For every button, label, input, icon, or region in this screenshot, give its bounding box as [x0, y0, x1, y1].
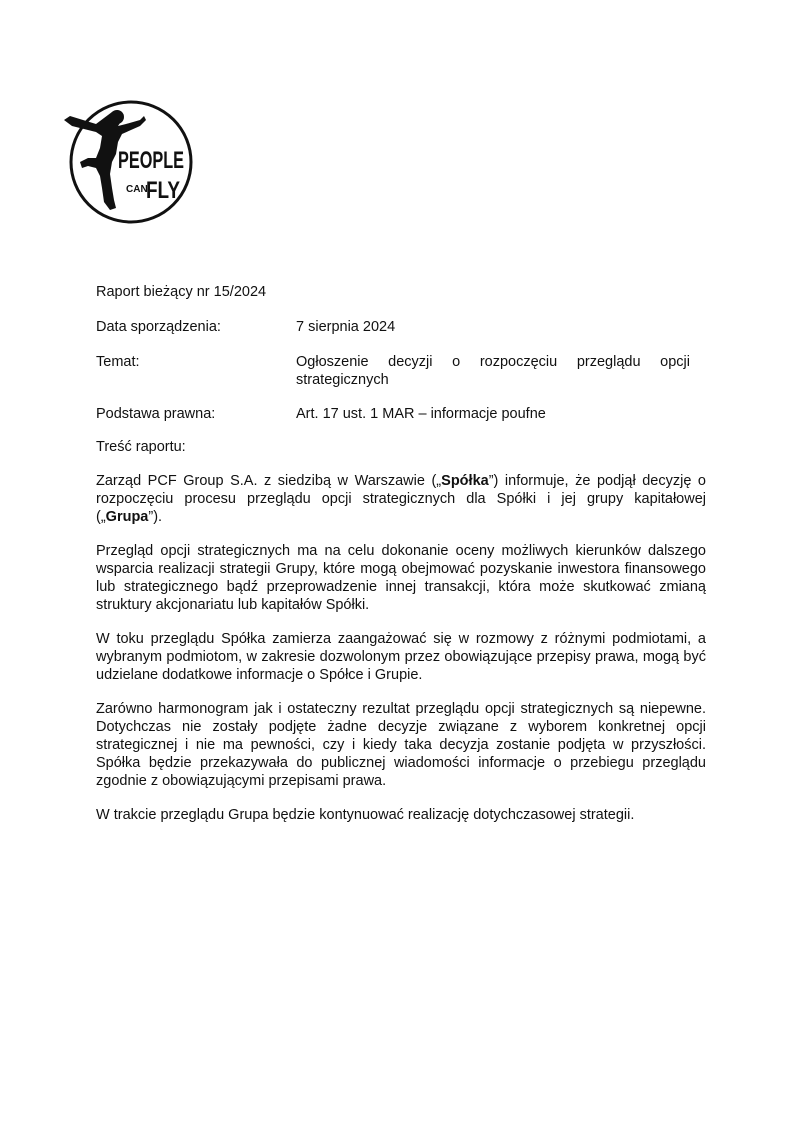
legal-basis-label: Podstawa prawna: — [96, 405, 286, 423]
people-can-fly-logo-icon: PEOPLE CAN FLY — [60, 96, 200, 228]
defined-term-group: Grupa — [106, 509, 149, 525]
defined-term-company: Spółka — [441, 473, 489, 489]
date-value: 7 sierpnia 2024 — [296, 318, 690, 336]
topic-label: Temat: — [96, 353, 286, 371]
paragraph-4: Zarówno harmonogram jak i ostateczny rez… — [96, 700, 706, 790]
paragraph-1: Zarząd PCF Group S.A. z siedzibą w Warsz… — [96, 472, 706, 526]
svg-text:FLY: FLY — [146, 177, 180, 204]
content-label: Treść raportu: — [96, 439, 186, 455]
date-label: Data sporządzenia: — [96, 318, 286, 336]
svg-text:CAN: CAN — [126, 184, 148, 195]
paragraph-2: Przegląd opcji strategicznych ma na celu… — [96, 542, 706, 614]
topic-value: Ogłoszenie decyzji o rozpoczęciu przeglą… — [296, 353, 690, 389]
report-title: Raport bieżący nr 15/2024 — [96, 284, 266, 300]
legal-basis-value: Art. 17 ust. 1 MAR – informacje poufne — [296, 405, 690, 423]
report-body: Zarząd PCF Group S.A. z siedzibą w Warsz… — [96, 472, 706, 840]
svg-text:PEOPLE: PEOPLE — [118, 147, 184, 174]
paragraph-3: W toku przeglądu Spółka zamierza zaangaż… — [96, 630, 706, 684]
company-logo: PEOPLE CAN FLY — [60, 96, 200, 228]
paragraph-5: W trakcie przeglądu Grupa będzie kontynu… — [96, 806, 706, 824]
